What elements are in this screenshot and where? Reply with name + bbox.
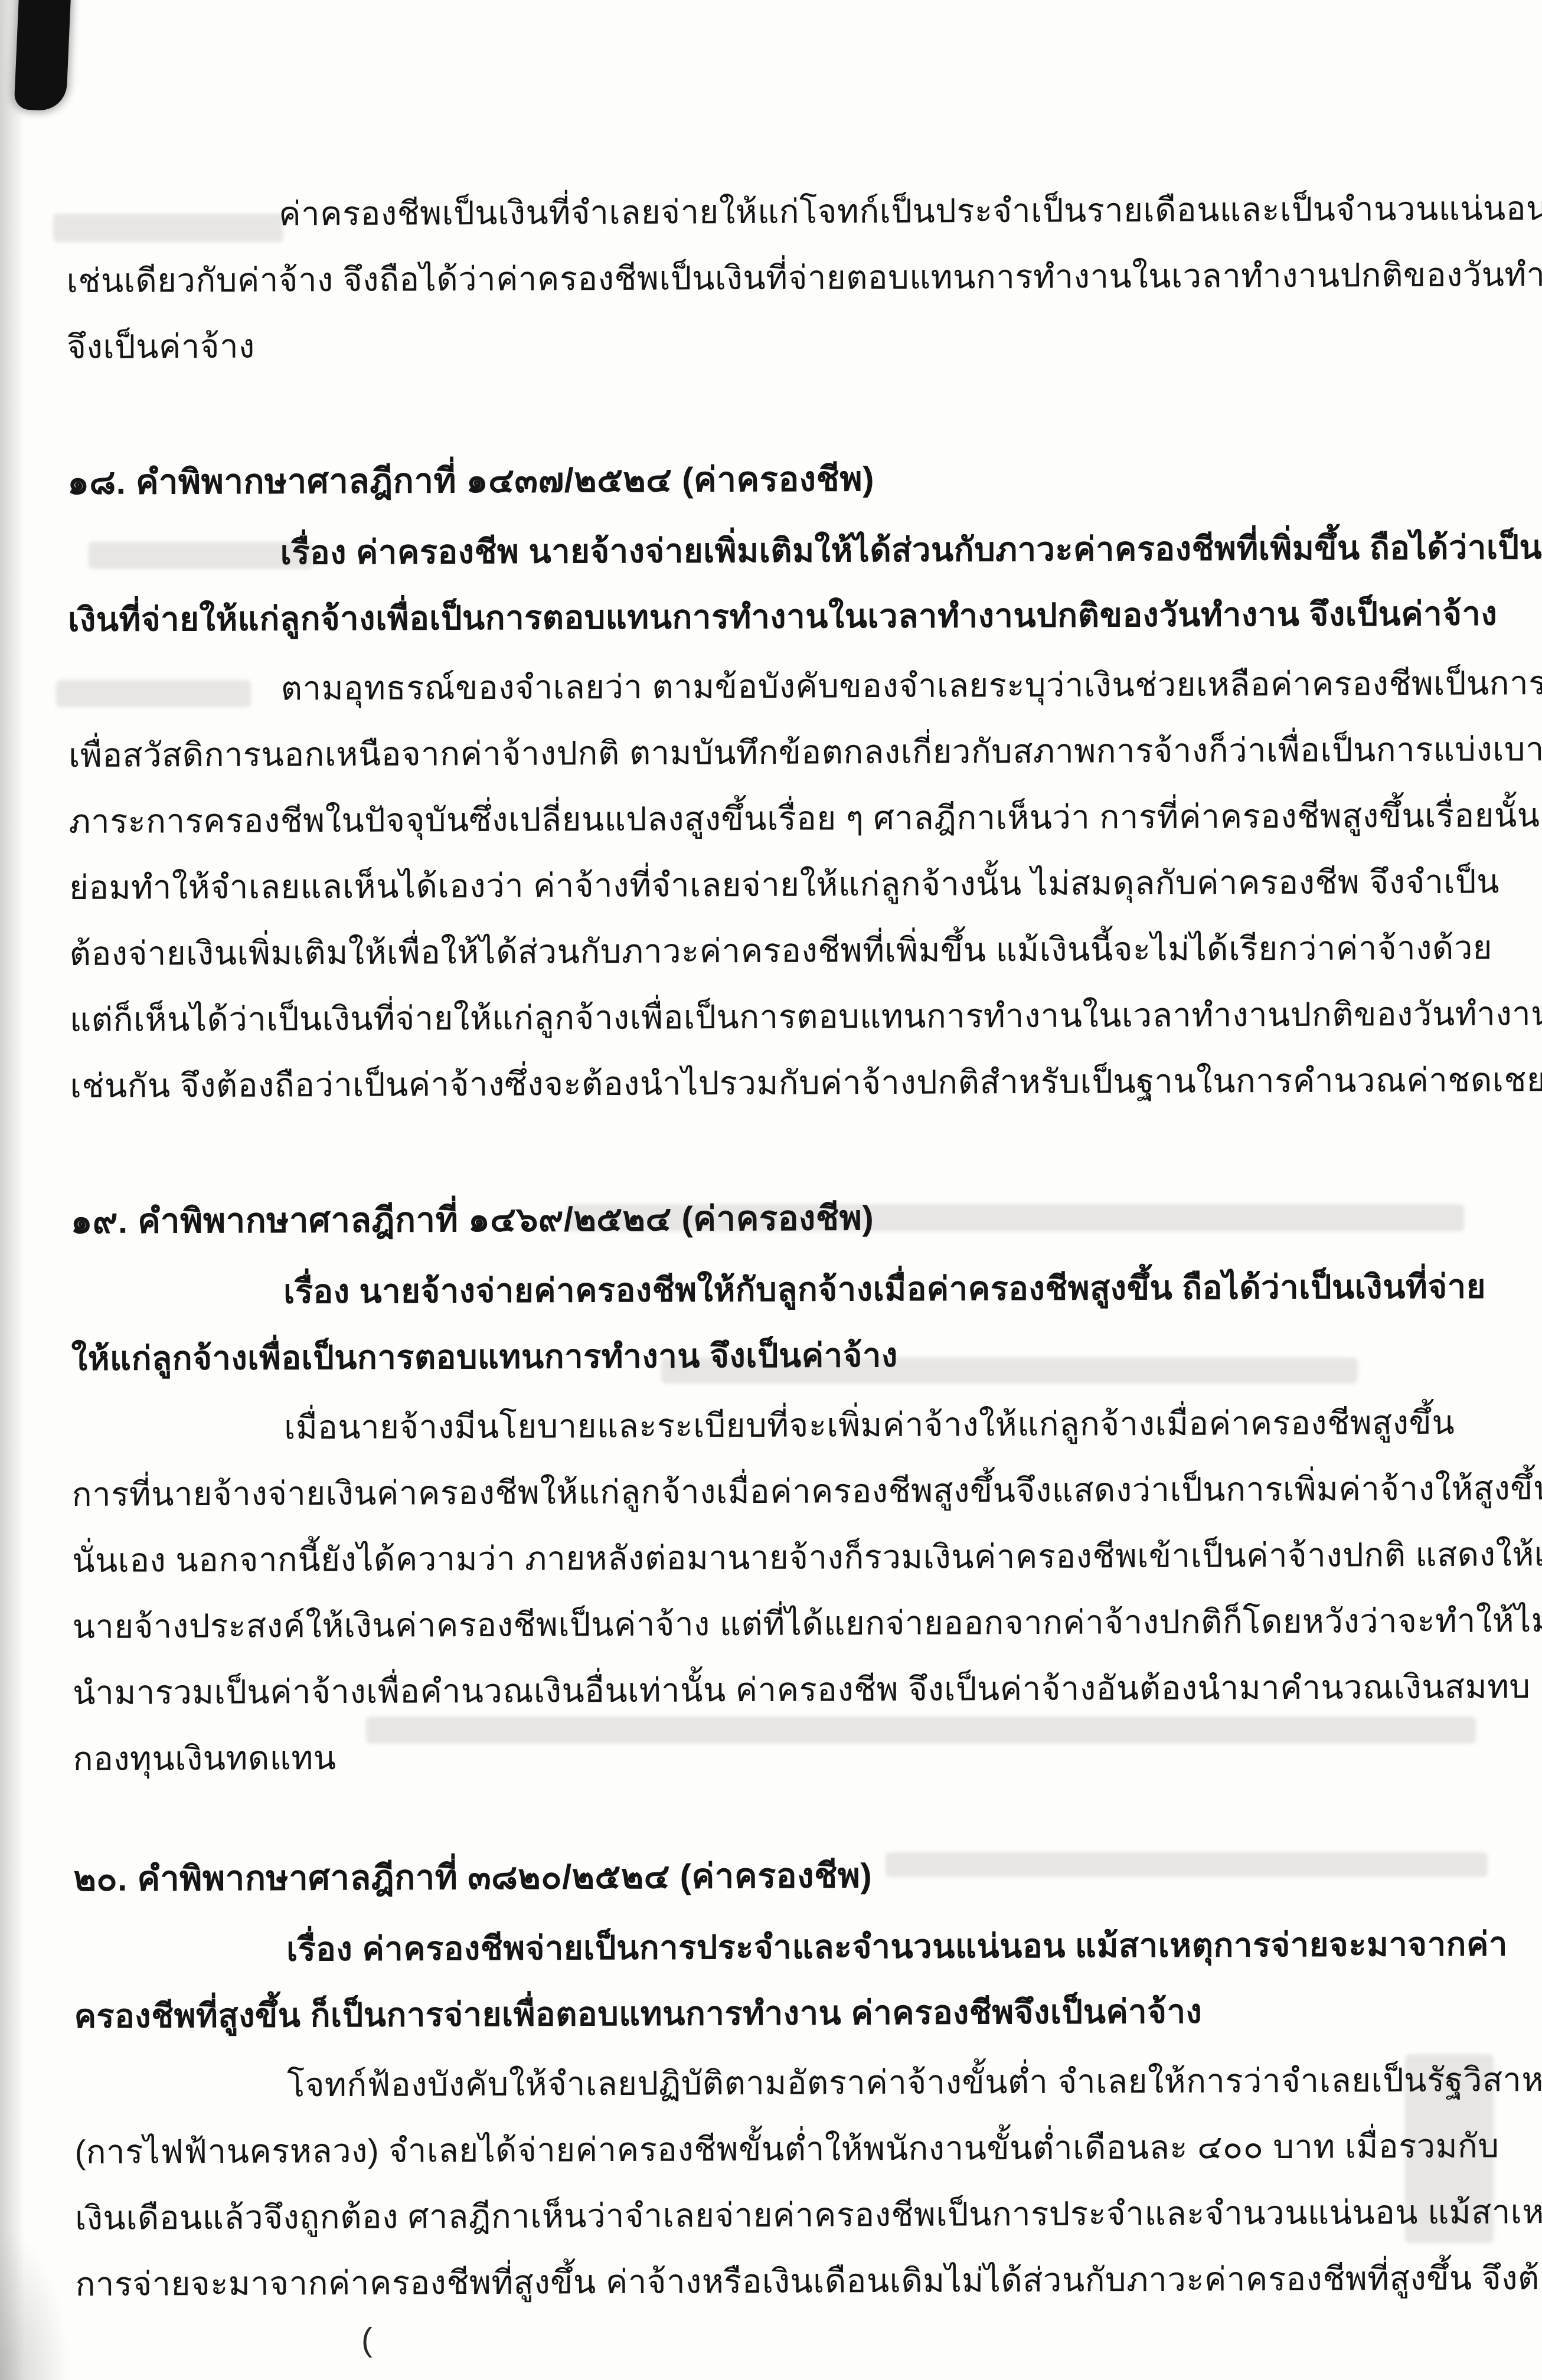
stray-parenthesis-mark: ( [361,2320,373,2358]
body-line: การจ่ายจะมาจากค่าครองชีพที่สูงขึ้น ค่าจ้… [75,2245,1497,2317]
scanned-document-page: ค่าครองชีพเป็นเงินที่จำเลยจ่ายให้แก่โจทก… [0,0,1542,2380]
scan-edge-shading [0,0,27,2380]
body-line: ต้องจ่ายเงินเพิ่มเติมให้เพื่อให้ได้ส่วนก… [69,914,1491,987]
subject-line: เรื่อง ค่าครองชีพ นายจ้างจ่ายเพิ่มเติมให… [68,514,1489,587]
body-line: แต่ก็เห็นได้ว่าเป็นเงินที่จ่ายให้แก่ลูกจ… [70,980,1491,1053]
subject-line: เรื่อง นายจ้างจ่ายค่าครองชีพให้กับลูกจ้า… [71,1253,1492,1326]
subject-line: เงินที่จ่ายให้แก่ลูกจ้างเพื่อเป็นการตอบแ… [68,580,1489,653]
subject-line: ให้แก่ลูกจ้างเพื่อเป็นการตอบแทนการทำงาน … [71,1319,1492,1392]
body-line: เมื่อนายจ้างมีนโยบายและระเบียบที่จะเพิ่ม… [71,1389,1493,1462]
document-text-block: ค่าครองชีพเป็นเงินที่จำเลยจ่ายให้แก่โจทก… [66,175,1497,2317]
body-line: นั่นเอง นอกจากนี้ยังได้ความว่า ภายหลังต่… [72,1521,1494,1594]
body-line: ย่อมทำให้จำเลยแลเห็นได้เองว่า ค่าจ้างที่… [69,848,1491,921]
section-heading-19: ๑๙. คำพิพากษาศาลฎีกาที่ ๑๔๖๙/๒๕๒๔ (ค่าคร… [70,1182,1492,1255]
subject-line: ครองชีพที่สูงขึ้น ก็เป็นการจ่ายเพื่อตอบแ… [74,1977,1495,2049]
body-line: (การไฟฟ้านครหลวง) จำเลยได้จ่ายค่าครองชีพ… [74,2113,1496,2185]
body-line: กองทุนเงินทดแทน [73,1719,1494,1792]
section-heading-20: ๒๐. คำพิพากษาศาลฎีกาที่ ๓๘๒๐/๒๕๒๔ (ค่าคร… [73,1840,1495,1912]
body-line: เพื่อสวัสดิการนอกเหนือจากค่าจ้างปกติ ตาม… [68,716,1490,789]
body-line: นายจ้างประสงค์ให้เงินค่าครองชีพเป็นค่าจ้… [72,1587,1494,1660]
scan-artifact-blot [14,0,71,112]
intro-line: จึงเป็นค่าจ้าง [67,308,1488,380]
scan-corner-shading [0,2227,71,2380]
body-line: เช่นกัน จึงต้องถือว่าเป็นค่าจ้างซึ่งจะต้… [70,1047,1491,1119]
body-line: นำมารวมเป็นค่าจ้างเพื่อคำนวณเงินอื่นเท่า… [73,1653,1494,1726]
body-line: ภาระการครองชีพในปัจจุบันซึ่งเปลี่ยนแปลงส… [68,782,1490,855]
body-line: เงินเดือนแล้วจึงถูกต้อง ศาลฎีกาเห็นว่าจำ… [75,2179,1497,2251]
body-line: ตามอุทธรณ์ของจำเลยว่า ตามข้อบังคับของจำเ… [68,650,1490,722]
body-line: โจทก์ฟ้องบังคับให้จำเลยปฏิบัติตามอัตราค่… [74,2046,1496,2119]
intro-line: เช่นเดียวกับค่าจ้าง จึงถือได้ว่าค่าครองช… [66,241,1488,314]
section-heading-18: ๑๘. คำพิพากษาศาลฎีกาที่ ๑๔๓๗/๒๕๒๔ (ค่าคร… [67,443,1489,516]
body-line: การที่นายจ้างจ่ายเงินค่าครองชีพให้แก่ลูก… [71,1455,1493,1528]
intro-line: ค่าครองชีพเป็นเงินที่จำเลยจ่ายให้แก่โจทก… [66,175,1488,248]
subject-line: เรื่อง ค่าครองชีพจ่ายเป็นการประจำและจำนว… [74,1911,1495,1983]
